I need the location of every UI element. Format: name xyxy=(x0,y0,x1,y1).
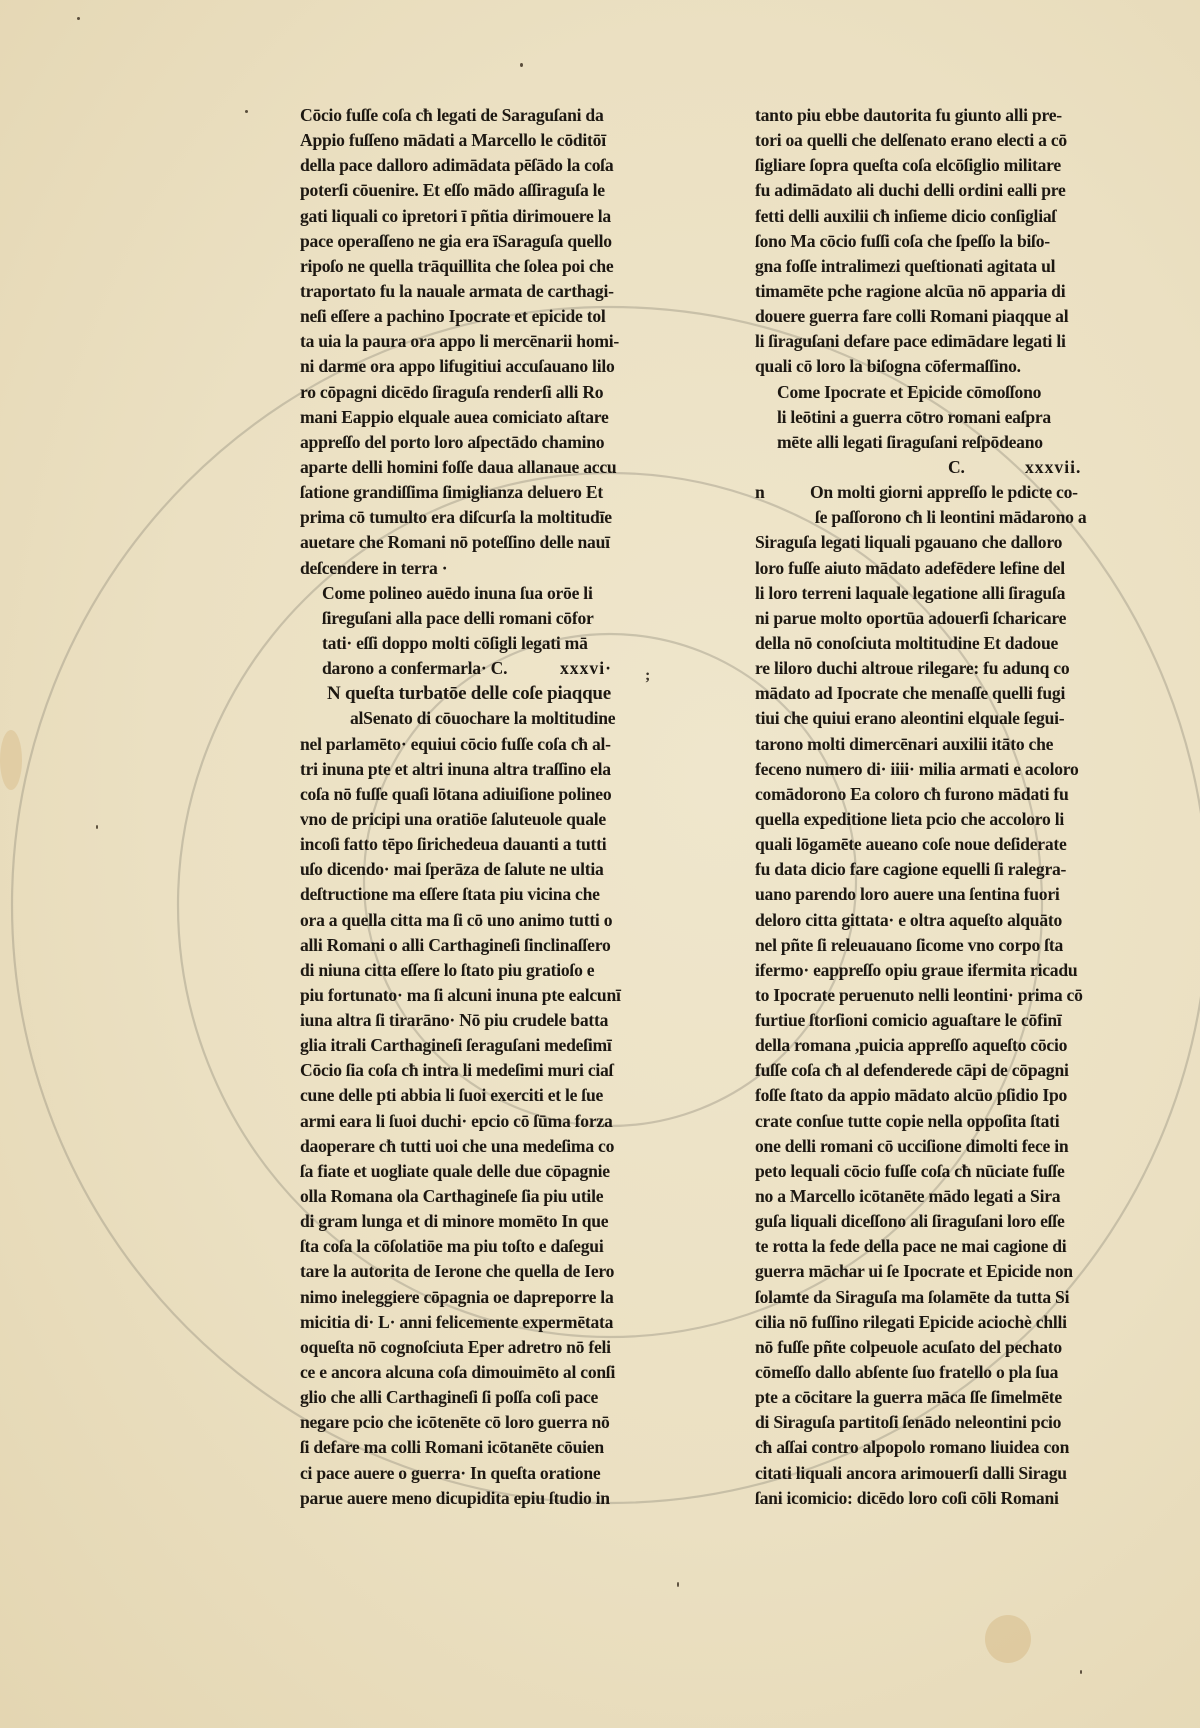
rubric-line: mēte alli legati ſiraguſani reſpōdeano xyxy=(755,430,1100,455)
text-line: guſa liquali diceſſono ali ſiraguſani lo… xyxy=(755,1209,1100,1234)
text-line: della nō conoſciuta moltitudine Et dadou… xyxy=(755,631,1100,656)
chapter-rubric: Come polineo auēdo inuna ſua orōe li ſir… xyxy=(300,581,660,682)
text-line: quali lōgamēte aueano coſe noue deſidera… xyxy=(755,832,1100,857)
text-line: negare pcio che icōtenēte cō loro guerra… xyxy=(300,1410,660,1435)
chapter-first-line-text: N queſta turbatōe delle coſe piaqque xyxy=(327,683,611,704)
text-line: Cōcio fuſſe coſa cħ legati de Saraguſani… xyxy=(300,103,660,128)
text-line: tori oa quelli che delſenato erano elect… xyxy=(755,128,1100,153)
text-line: li loro terreni laquale legatione alli ſ… xyxy=(755,581,1100,606)
text-line: ni parue molto oportūa adouerſi ſcharica… xyxy=(755,606,1100,631)
left-text-column: Cōcio fuſſe coſa cħ legati de Saraguſani… xyxy=(300,103,660,1511)
text-line: piu fortunato· ma ſi alcuni inuna pte ea… xyxy=(300,983,660,1008)
text-line: fu adimādato ali duchi delli ordini eall… xyxy=(755,178,1100,203)
text-line: della romana ,puicia appreſſo aqueſto cō… xyxy=(755,1033,1100,1058)
rubric-line: Come polineo auēdo inuna ſua orōe li xyxy=(300,581,660,606)
chapter-first-line-text: On molti giorni appreſſo le pdicte co- xyxy=(810,482,1078,502)
text-line: traportato fu la nauale armata de cartha… xyxy=(300,279,660,304)
right-text-column: tanto piu ebbe dautorita fu giunto alli … xyxy=(755,103,1100,1511)
text-line: nimo ineleggiere cōpagnia oe dapreporre … xyxy=(300,1285,660,1310)
text-line: Siraguſa legati liquali pgauano che dall… xyxy=(755,530,1100,555)
text-line: one delli romani cō ucciſione dimolti fe… xyxy=(755,1134,1100,1159)
margin-mark: ; xyxy=(645,663,650,688)
chapter-opening: n On molti giorni appreſſo le pdicte co-… xyxy=(755,480,1100,530)
text-line: ni darme ora appo lifugitiui accuſauano … xyxy=(300,354,660,379)
chapter-first-line: n On molti giorni appreſſo le pdicte co- xyxy=(755,480,1100,505)
text-line: foſſe ſtato da appio mādato alcūo pſidio… xyxy=(755,1083,1100,1108)
text-line: uſo dicendo· mai ſperāza de ſalute ne ul… xyxy=(300,857,660,882)
chapter-second-line: alSenato di cōuochare la moltitudine xyxy=(300,706,660,731)
text-line: di gram lunga et di minore momēto In que xyxy=(300,1209,660,1234)
text-line: glio che alli Carthagineſi ſi poſſa coſi… xyxy=(300,1385,660,1410)
text-line: prima cō tumulto era diſcurſa la moltitu… xyxy=(300,505,660,530)
text-line: feceno numero di· iiii· milia armati e a… xyxy=(755,757,1100,782)
text-line: comādorono Ea coloro cħ furono mādati fu xyxy=(755,782,1100,807)
text-line: no a Marcello icōtanēte mādo legati a Si… xyxy=(755,1184,1100,1209)
rubric-line: darono a confermarla· C. xxxvi· xyxy=(300,656,660,681)
rubric-line: Come Ipocrate et Epicide cōmoſſono xyxy=(755,380,1100,405)
text-line: aparte delli homini foſſe daua allanaue … xyxy=(300,455,660,480)
text-line: mani Eappio elquale auea comiciato aſtar… xyxy=(300,405,660,430)
text-line: deſcendere in terra · xyxy=(300,556,660,581)
manuscript-page: Cōcio fuſſe coſa cħ legati de Saraguſani… xyxy=(0,0,1200,1728)
text-line: ce e ancora alcuna coſa dimouimēto al co… xyxy=(300,1360,660,1385)
text-line: Cōcio ſia coſa cħ intra li medeſimi muri… xyxy=(300,1058,660,1083)
chapter-number: xxxvii. xyxy=(1025,455,1081,480)
text-line: ora a quella citta ma ſi cō uno animo tu… xyxy=(300,908,660,933)
text-line: ripoſo ne quella trāquillita che ſolea p… xyxy=(300,254,660,279)
chapter-second-line: ſe paſſorono cħ li leontini mādarono a xyxy=(755,505,1100,530)
text-line: nel parlamēto· equiui cōcio fuſſe coſa c… xyxy=(300,732,660,757)
text-line: cilia nō fuſſino rilegati Epicide acioch… xyxy=(755,1310,1100,1335)
text-line: tare la autorita de Ierone che quella de… xyxy=(300,1259,660,1284)
text-line: alli Romani o alli Carthagineſi ſinclina… xyxy=(300,933,660,958)
text-line: tarono molti dimercēnari auxilii itāto c… xyxy=(755,732,1100,757)
text-line: citati liquali ancora arimouerſi dalli S… xyxy=(755,1461,1100,1486)
text-line: cħ aſſai contro alpopolo romano liuidea … xyxy=(755,1435,1100,1460)
text-line: ſani icomicio: dicēdo loro coſi cōli Rom… xyxy=(755,1486,1100,1511)
text-line: ſolamte da Siraguſa ma ſolamēte da tutta… xyxy=(755,1285,1100,1310)
text-line: fuſſe coſa cħ al defenderede cāpi de cōp… xyxy=(755,1058,1100,1083)
text-line: incoſi fatto tēpo ſirichedeua dauanti a … xyxy=(300,832,660,857)
text-line: pte a cōcitare la guerra māca ſſe ſimelm… xyxy=(755,1385,1100,1410)
text-line: iuna altra ſi tirarāno· Nō piu crudele b… xyxy=(300,1008,660,1033)
chapter-rubric: Come Ipocrate et Epicide cōmoſſono li le… xyxy=(755,380,1100,481)
text-line: guerra māchar ui ſe Ipocrate et Epicide … xyxy=(755,1259,1100,1284)
paper-speck xyxy=(96,825,98,829)
text-line: neſi eſſere a pachino Ipocrate et epicid… xyxy=(300,304,660,329)
paper-speck xyxy=(245,110,248,113)
text-line: ſono Ma cōcio fuſſi coſa che ſpeſſo la b… xyxy=(755,229,1100,254)
text-line: glia itrali Carthagineſi ſeraguſani mede… xyxy=(300,1033,660,1058)
text-line: ro cōpagni dicēdo ſiraguſa renderſi alli… xyxy=(300,380,660,405)
chapter-number: xxxvi· xyxy=(560,656,612,681)
text-line: appreſſo del porto loro aſpectādo chamin… xyxy=(300,430,660,455)
text-line: deſtructione ma eſſere ſtata piu vicina … xyxy=(300,882,660,907)
text-line: olla Romana ola Carthagineſe ſia piu uti… xyxy=(300,1184,660,1209)
text-line: armi eara li ſuoi duchi· epcio cō ſūma f… xyxy=(300,1109,660,1134)
text-line: vno de pricipi una oratiōe ſaluteuole qu… xyxy=(300,807,660,832)
text-line: di niuna citta eſſere lo ſtato piu grati… xyxy=(300,958,660,983)
text-line: tanto piu ebbe dautorita fu giunto alli … xyxy=(755,103,1100,128)
chapter-number-line: C. xxxvii. xyxy=(755,455,1100,480)
text-line: fetti delli auxilii cħ inſieme dicio con… xyxy=(755,204,1100,229)
text-line: oqueſta nō cognoſciuta Eper adretro nō f… xyxy=(300,1335,660,1360)
paper-stain xyxy=(0,730,22,790)
paper-speck xyxy=(677,1582,679,1587)
text-line: tri inuna pte et altri inuna altra traſſ… xyxy=(300,757,660,782)
text-line: auetare che Romani nō poteſſino delle na… xyxy=(300,530,660,555)
rubric-line: tati· eſſi doppo molti cōſigli legati mā xyxy=(300,631,660,656)
text-line: nō fuſſe pñte colpeuole acuſato del pech… xyxy=(755,1335,1100,1360)
text-line: crate conſue tutte copie nella oppoſita … xyxy=(755,1109,1100,1134)
text-line: te rotta la fede della pace ne mai cagio… xyxy=(755,1234,1100,1259)
paper-speck xyxy=(1080,1670,1082,1674)
text-line: quali cō loro la biſogna cōfermaſſino. xyxy=(755,354,1100,379)
text-line: ifermo· eappreſſo opiu graue ifermita ri… xyxy=(755,958,1100,983)
text-line: douere guerra fare colli Romani piaqque … xyxy=(755,304,1100,329)
text-line: ſta coſa la cōſolatiōe ma piu toſto e da… xyxy=(300,1234,660,1259)
text-line: coſa nō fuſſe quaſi lōtana adiuiſione po… xyxy=(300,782,660,807)
chapter-label: C. xyxy=(948,455,965,480)
text-line: li ſiraguſani defare pace edimādare lega… xyxy=(755,329,1100,354)
text-line: tiui che quiui erano aleontini elquale ſ… xyxy=(755,706,1100,731)
text-line: mādato ad Ipocrate che menaſſe quelli fu… xyxy=(755,681,1100,706)
text-line: peto lequali cōcio fuſſe coſa cħ nūciate… xyxy=(755,1159,1100,1184)
text-line: di Siraguſa partitoſi ſenādo neleontini … xyxy=(755,1410,1100,1435)
text-line: uano parendo loro auere una ſentina fuor… xyxy=(755,882,1100,907)
text-line: ſa fiate et uogliate quale delle due cōp… xyxy=(300,1159,660,1184)
text-line: deloro citta gittata· e oltra aqueſto al… xyxy=(755,908,1100,933)
text-line: nel pñte ſi releuauano ſicome vno corpo … xyxy=(755,933,1100,958)
text-line: ci pace auere o guerra· In queſta oratio… xyxy=(300,1461,660,1486)
text-line: furtiue ſtorſioni comicio aguaſtare le c… xyxy=(755,1008,1100,1033)
text-line: to Ipocrate peruenuto nelli leontini· pr… xyxy=(755,983,1100,1008)
text-line: parue auere meno dicupidita epiu ſtudio … xyxy=(300,1486,660,1511)
text-line: cune delle pti abbia li ſuoi exerciti et… xyxy=(300,1083,660,1108)
paper-speck xyxy=(77,17,80,20)
text-line: poterſi cōuenire. Et eſſo mādo aſſiraguſ… xyxy=(300,178,660,203)
text-line: della pace dalloro adimādata pēſādo la c… xyxy=(300,153,660,178)
text-line: ta uia la paura ora appo li mercēnarii h… xyxy=(300,329,660,354)
text-line: ſatione grandiſſima ſimiglianza deluero … xyxy=(300,480,660,505)
text-line: re liloro duchi altroue rilegare: fu adu… xyxy=(755,656,1100,681)
chapter-opening: N queſta turbatōe delle coſe piaqque alS… xyxy=(300,681,660,731)
text-line: daoperare cħ tutti uoi che una medeſima … xyxy=(300,1134,660,1159)
text-line: cōmeſſo dallo abſente ſuo fratello o pla… xyxy=(755,1360,1100,1385)
text-line: loro fuſſe aiuto mādato adefēdere lefine… xyxy=(755,556,1100,581)
text-line: gati liquali co ipretori ī pñtia dirimou… xyxy=(300,204,660,229)
text-line: micitia di· L· anni felicemente expermēt… xyxy=(300,1310,660,1335)
rubric-line: li leōtini a guerra cōtro romani eaſpra xyxy=(755,405,1100,430)
rubric-line: ſireguſani alla pace delli romani cōfor xyxy=(300,606,660,631)
text-line: Appio fuſſeno mādati a Marcello le cōdit… xyxy=(300,128,660,153)
text-line: fu data dicio fare cagione equelli ſi ra… xyxy=(755,857,1100,882)
chapter-first-line: N queſta turbatōe delle coſe piaqque xyxy=(300,681,660,706)
text-line: ſigliare ſopra queſta coſa elcōſiglio mi… xyxy=(755,153,1100,178)
text-line: gna foſſe intralimezi queſtionati agitat… xyxy=(755,254,1100,279)
paper-stain xyxy=(985,1615,1031,1663)
guide-letter: n xyxy=(755,480,765,505)
text-line: ſi defare ma colli Romani icōtanēte cōui… xyxy=(300,1435,660,1460)
text-line: timamēte pche ragione alcūa nō apparia d… xyxy=(755,279,1100,304)
text-line: pace operaſſeno ne gia era īSaraguſa que… xyxy=(300,229,660,254)
paper-speck xyxy=(520,63,523,67)
rubric-line-text: darono a confermarla· C. xyxy=(322,658,507,678)
text-line: quella expeditione lieta pcio che accolo… xyxy=(755,807,1100,832)
